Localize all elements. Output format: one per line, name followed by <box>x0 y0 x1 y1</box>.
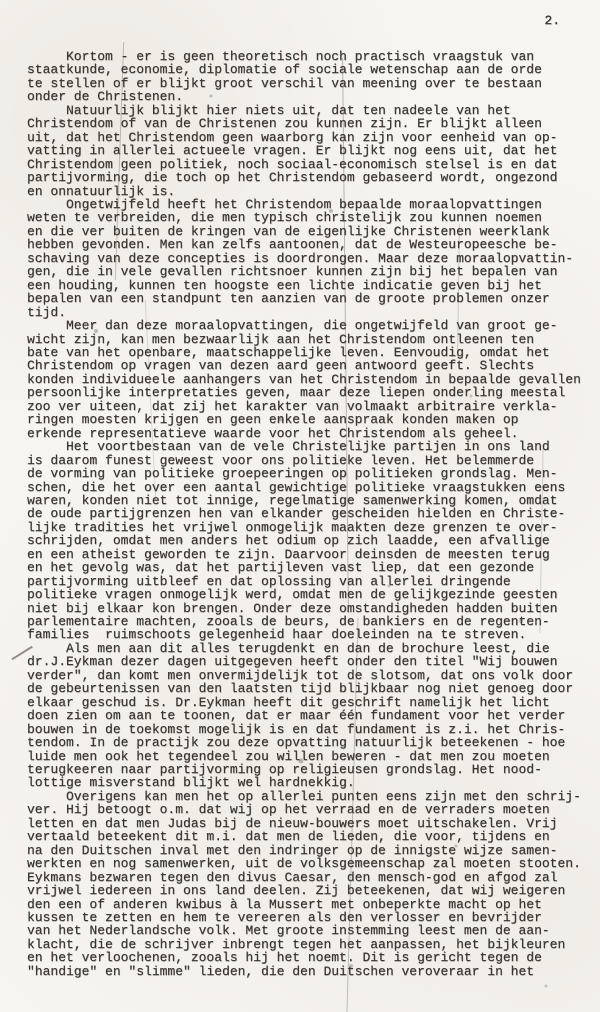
paragraph: Meer dan deze moraalopvattingen, die ong… <box>27 319 594 440</box>
paragraph: Kortom - er is geen theoretisch noch pra… <box>27 50 594 104</box>
document-text: Kortom - er is geen theoretisch noch pra… <box>27 50 594 978</box>
document-page: 2. Kortom - er is geen theoretisch noch … <box>0 0 600 1012</box>
paragraph: Ongetwijfeld heeft het Christendom bepaa… <box>27 198 594 319</box>
paragraph: Overigens kan men het op allerlei punten… <box>27 790 594 978</box>
paragraph: Als men aan dit alles terugdenkt en dan … <box>27 642 594 790</box>
paragraph: Natuurlijk blijkt hier niets uit, dat te… <box>27 104 594 198</box>
ink-specks <box>0 0 2 2</box>
paragraph: Het voortbestaan van de vele Christelijk… <box>27 440 594 642</box>
page-number: 2. <box>544 13 560 28</box>
